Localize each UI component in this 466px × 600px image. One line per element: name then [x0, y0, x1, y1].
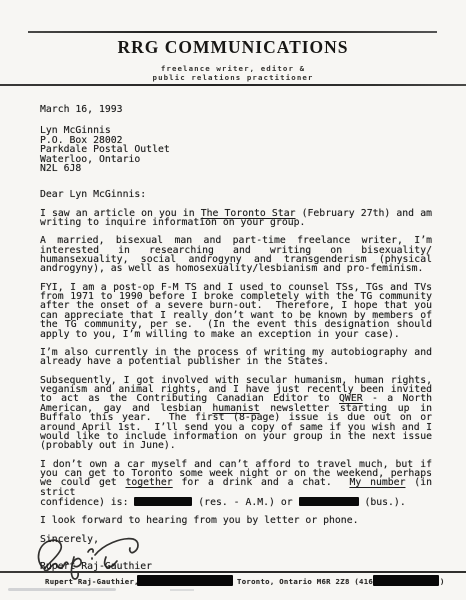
- footer-phone-redaction-box: [373, 575, 439, 586]
- letter-line: we could get together for a drink and a …: [40, 478, 432, 497]
- phone-redaction-box: [299, 497, 359, 506]
- letter-line: already have a potential publisher in th…: [40, 357, 432, 366]
- letter-line: writing to inquire information on your g…: [40, 218, 432, 227]
- paragraph: FYI, I am a post-op F-M TS and I used to…: [40, 283, 432, 339]
- text-segment: apply to you, I’m willing to make an exc…: [40, 329, 400, 340]
- paragraph: I’m also currently in the process of wri…: [40, 348, 432, 367]
- paragraph: I look forward to hearing from you by le…: [40, 516, 432, 525]
- footer-sender-name: Rupert Raj-Gauthier,: [45, 577, 139, 586]
- text-segment: androgyny), as well as homosexuality/les…: [40, 263, 423, 274]
- paragraph: Subsequently, I got involved with secula…: [40, 376, 432, 451]
- letter-line: I look forward to hearing from you by le…: [40, 516, 432, 525]
- text-segment: for a drink and a chat.: [173, 477, 350, 488]
- text-segment: (probably out in June).: [40, 440, 176, 451]
- footer-location: Toronto, Ontario M6R 2Z8 (416-: [237, 577, 378, 586]
- recipient-city: Waterloo, Ontario: [40, 155, 432, 164]
- closing: Sincerely,: [40, 535, 432, 544]
- text-segment: writing to inquire information on your g…: [40, 217, 305, 228]
- scan-artifact-smudge: [8, 588, 116, 591]
- paragraph: A married, bisexual man and part-time fr…: [40, 236, 432, 274]
- paragraph: I saw an article on you in The Toronto S…: [40, 209, 432, 228]
- scanned-letter-page: RRG COMMUNICATIONS freelance writer, edi…: [0, 0, 466, 600]
- signature-area: [40, 544, 432, 562]
- letter-line: apply to you, I’m willing to make an exc…: [40, 330, 432, 339]
- underlined-text: My number: [349, 477, 405, 488]
- text-segment: I look forward to hearing from you by le…: [40, 515, 359, 526]
- letterhead-bottom-rule: [0, 84, 466, 86]
- letter-paragraphs: I saw an article on you in The Toronto S…: [40, 209, 432, 526]
- letter-line: (probably out in June).: [40, 441, 432, 450]
- scan-artifact-smudge: [170, 589, 194, 591]
- recipient-address-block: Lyn McGinnis P.O. Box 28002 Parkdale Pos…: [40, 126, 432, 173]
- footer-address-redaction-box: [137, 575, 233, 586]
- phone-redaction-box: [134, 497, 192, 506]
- typed-signature-name: Rupert Raj-Gauthier: [40, 562, 432, 571]
- text-segment: confidence) is:: [40, 497, 134, 508]
- footer-rule: [0, 571, 466, 573]
- paragraph: I don’t own a car myself and can’t affor…: [40, 460, 432, 508]
- letter-body: March 16, 1993 Lyn McGinnis P.O. Box 280…: [40, 105, 432, 571]
- text-segment: (February 27th) and am: [296, 208, 433, 219]
- letterhead-subtitle-line2: public relations practitioner: [0, 73, 466, 82]
- letterhead-title: RRG COMMUNICATIONS: [0, 37, 466, 58]
- footer-close-paren: ): [440, 577, 445, 586]
- letter-line: androgyny), as well as homosexuality/les…: [40, 264, 432, 273]
- letterhead-top-rule: [28, 31, 437, 33]
- letter-line: confidence) is: (res. - A.M.) or (bus.).: [40, 497, 432, 507]
- date-line: March 16, 1993: [40, 105, 432, 114]
- underlined-text: together: [125, 477, 172, 488]
- letterhead-subtitle-line1: freelance writer, editor &: [0, 64, 466, 73]
- text-segment: (res. - A.M.) or: [192, 497, 298, 508]
- recipient-postal-code: N2L 6J8: [40, 164, 432, 173]
- text-segment: already have a potential publisher in th…: [40, 356, 329, 367]
- salutation: Dear Lyn McGinnis:: [40, 190, 432, 199]
- text-segment: (bus.).: [359, 497, 406, 508]
